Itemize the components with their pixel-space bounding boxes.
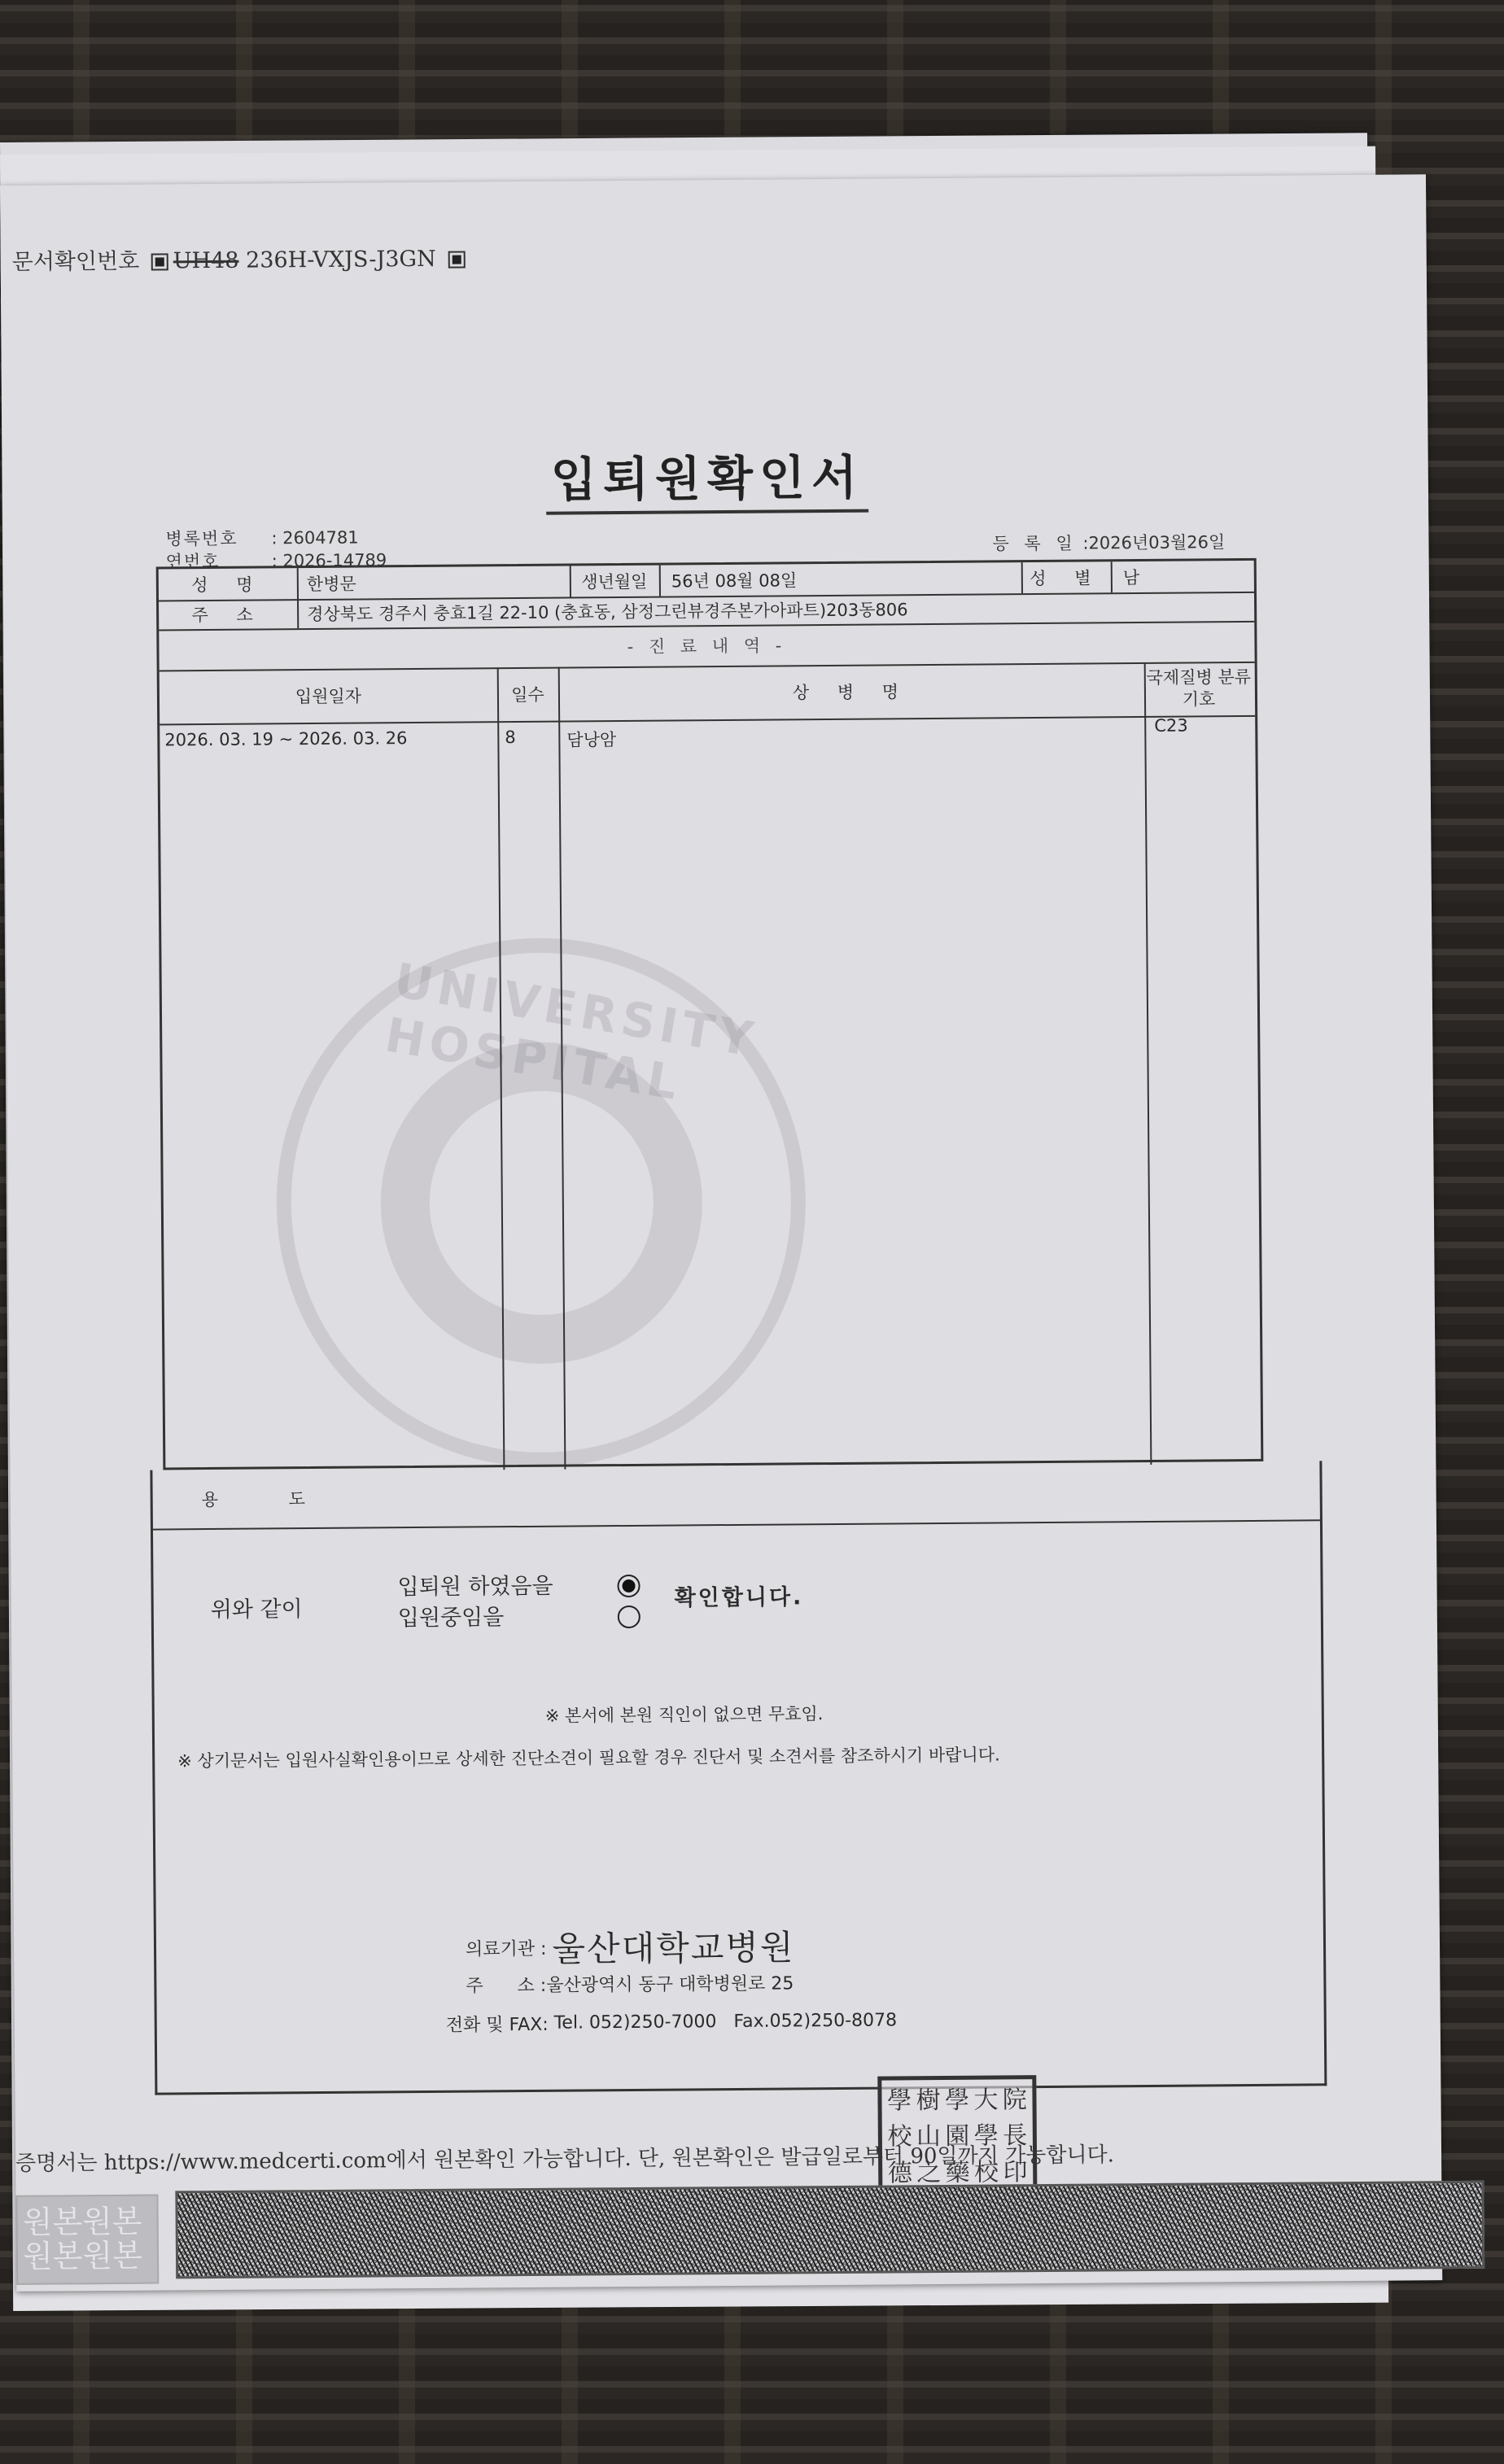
divider bbox=[1111, 561, 1113, 592]
name-label: 성 명 bbox=[159, 568, 297, 600]
divider bbox=[1144, 716, 1152, 1465]
registration-date: 등 록 일 :2026년03월26일 bbox=[992, 529, 1225, 555]
dob-label: 생년월일 bbox=[570, 566, 659, 597]
seal-character: 樹 bbox=[914, 2083, 943, 2120]
divider bbox=[497, 721, 505, 1470]
confirmation-number-value: 236H-VXJS-J3GN bbox=[246, 247, 436, 273]
original-stamp-text: 원본원본 bbox=[23, 2239, 157, 2274]
purpose-label: 용 도 bbox=[201, 1469, 338, 1528]
radio-inpatient[interactable] bbox=[618, 1606, 641, 1628]
sex-label: 성 별 bbox=[1021, 561, 1111, 593]
institution-address-line: 주 소 :울산광역시 동구 대학병원로 25 bbox=[466, 1969, 794, 1997]
confirmation-prefix: 위와 같이 bbox=[211, 1591, 303, 1623]
seal-character: 大 bbox=[972, 2082, 1001, 2119]
ward-number: 병록번호: 2604781 bbox=[165, 525, 359, 551]
square-bullet-icon bbox=[151, 253, 168, 270]
institution-name-line: 의료기관 : 울산대학교병원 bbox=[466, 1920, 795, 1972]
diagnosis-name: 담낭암 bbox=[566, 727, 616, 751]
institution-address: 울산광역시 동구 대학병원로 25 bbox=[546, 1969, 794, 1996]
seal-character: 學 bbox=[942, 2083, 972, 2120]
divider bbox=[558, 721, 566, 1470]
option-discharged[interactable]: 입퇴원 하였음을 bbox=[397, 1571, 640, 1603]
anti-copy-barcode-pattern bbox=[175, 2181, 1484, 2279]
institution-tel: Tel. 052)250-7000 bbox=[554, 2012, 717, 2034]
institution-name-label: 의료기관 : bbox=[466, 1934, 547, 1960]
institution-fax: Fax.052)250-8078 bbox=[733, 2010, 897, 2032]
radio-discharged[interactable] bbox=[617, 1575, 640, 1597]
note-document-purpose: ※ 상기문서는 입원사실확인용이므로 상세한 진단소견이 필요할 경우 진단서 … bbox=[177, 1741, 1000, 1772]
patient-name: 한병문 bbox=[307, 568, 356, 599]
original-stamp-text: 원본원본 bbox=[23, 2205, 157, 2240]
registration-date-label: 등 록 일 bbox=[992, 534, 1077, 554]
confirmation-options: 입퇴원 하였음을 입원중임을 bbox=[397, 1571, 641, 1634]
option-discharged-label: 입퇴원 하였음을 bbox=[397, 1571, 617, 1603]
option-inpatient[interactable]: 입원중임을 bbox=[398, 1601, 641, 1634]
patient-sex: 남 bbox=[1123, 561, 1140, 592]
institution-contact-line: 전화 및 FAX: Tel. 052)250-7000 Fax.052)250-… bbox=[446, 2007, 898, 2036]
admission-period: 2026. 03. 19 ~ 2026. 03. 26 bbox=[164, 728, 407, 749]
table-row: 2026. 03. 19 ~ 2026. 03. 26 8 담낭암 C23 bbox=[160, 715, 1261, 1473]
row-purpose: 용 도 bbox=[152, 1461, 1320, 1530]
patient-dob: 56년 08월 08일 bbox=[671, 564, 798, 596]
icd-code: C23 bbox=[1154, 716, 1188, 736]
patient-address: 경상북도 경주시 충효1길 22-10 (충효동, 삼정그린뷰경주본가아파트)2… bbox=[307, 594, 908, 628]
seal-character: 院 bbox=[1000, 2082, 1030, 2119]
page-title: 입퇴원확인서 bbox=[545, 439, 868, 515]
divider bbox=[659, 566, 661, 596]
confirmation-number-label: 문서확인번호 bbox=[12, 249, 140, 275]
header-admission-period: 입원일자 bbox=[160, 667, 498, 723]
ward-number-label: 병록번호 bbox=[165, 525, 271, 550]
seal-character: 學 bbox=[885, 2083, 914, 2120]
admission-days: 8 bbox=[505, 727, 516, 747]
divider bbox=[297, 568, 299, 599]
struck-prefix: UH48 bbox=[173, 248, 239, 274]
divider bbox=[297, 599, 299, 628]
institution-contact-label: 전화 및 FAX: bbox=[446, 2011, 549, 2037]
registration-date-value: 2026년03월26일 bbox=[1088, 532, 1225, 553]
document-page: 문서확인번호 UH48 236H-VXJS-J3GN 입퇴원확인서 병록번호: … bbox=[0, 174, 1442, 2291]
option-inpatient-label: 입원중임을 bbox=[398, 1601, 618, 1634]
confirmation-section: 용 도 위와 같이 입퇴원 하였음을 입원중임을 확인합니다. ※ 본서에 본원… bbox=[150, 1461, 1327, 2095]
note-seal-required: ※ 본서에 본원 직인이 없으면 무효임. bbox=[545, 1701, 824, 1728]
confirmation-suffix: 확인합니다. bbox=[674, 1579, 803, 1611]
header-diagnosis: 상 병 명 bbox=[558, 662, 1144, 721]
patient-form-table: 성 명 한병문 생년월일 56년 08월 08일 성 별 남 주 소 경상북도 … bbox=[156, 558, 1264, 1470]
header-icd-code: 국제질병 분류기호 bbox=[1146, 662, 1253, 716]
original-stamp: 원본원본 원본원본 bbox=[15, 2195, 159, 2285]
ward-number-value: 2604781 bbox=[282, 528, 359, 548]
square-bullet-icon bbox=[448, 251, 465, 269]
institution-name: 울산대학교병원 bbox=[552, 1920, 794, 1971]
institution-address-label: 주 소 : bbox=[466, 1972, 546, 1998]
header-days: 일수 bbox=[497, 667, 559, 722]
address-label: 주 소 bbox=[159, 599, 297, 629]
document-confirmation-number: 문서확인번호 UH48 236H-VXJS-J3GN bbox=[12, 240, 470, 275]
